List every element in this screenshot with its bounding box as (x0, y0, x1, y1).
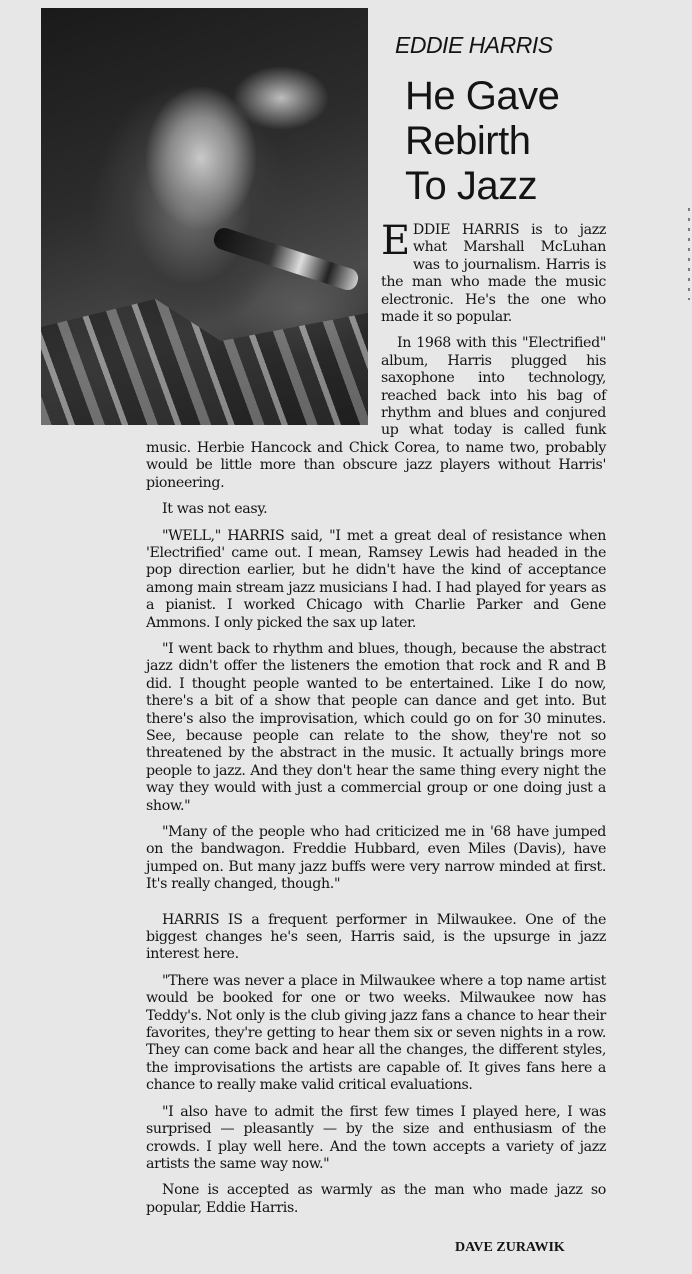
photo-wrap-spacer (146, 222, 381, 427)
dropcap: E (381, 225, 410, 257)
article-body: EDDIE HARRIS is to jazz what Marshall Mc… (146, 222, 606, 1226)
paragraph-6: "Many of the people who had criticized m… (146, 824, 606, 894)
paragraph-5: "I went back to rhythm and blues, though… (146, 641, 606, 815)
paragraph-8: "There was never a place in Milwaukee wh… (146, 973, 606, 1095)
headline-line-1: He Gave (405, 74, 665, 119)
paragraph-4: "WELL," HARRIS said, "I met a great deal… (146, 528, 606, 632)
headline-line-3: To Jazz (405, 164, 665, 209)
headline-line-2: Rebirth (405, 119, 665, 164)
headline: He Gave Rebirth To Jazz (405, 74, 665, 209)
paragraph-9: "I also have to admit the first few time… (146, 1104, 606, 1174)
byline: DAVE ZURAWIK (455, 1240, 565, 1256)
paragraph-7: HARRIS IS a frequent performer in Milwau… (146, 912, 606, 964)
kicker: EDDIE HARRIS (395, 32, 553, 59)
paragraph-10: None is accepted as warmly as the man wh… (146, 1182, 606, 1217)
scan-edge-marks (688, 208, 690, 300)
paragraph-3: It was not easy. (146, 501, 606, 518)
